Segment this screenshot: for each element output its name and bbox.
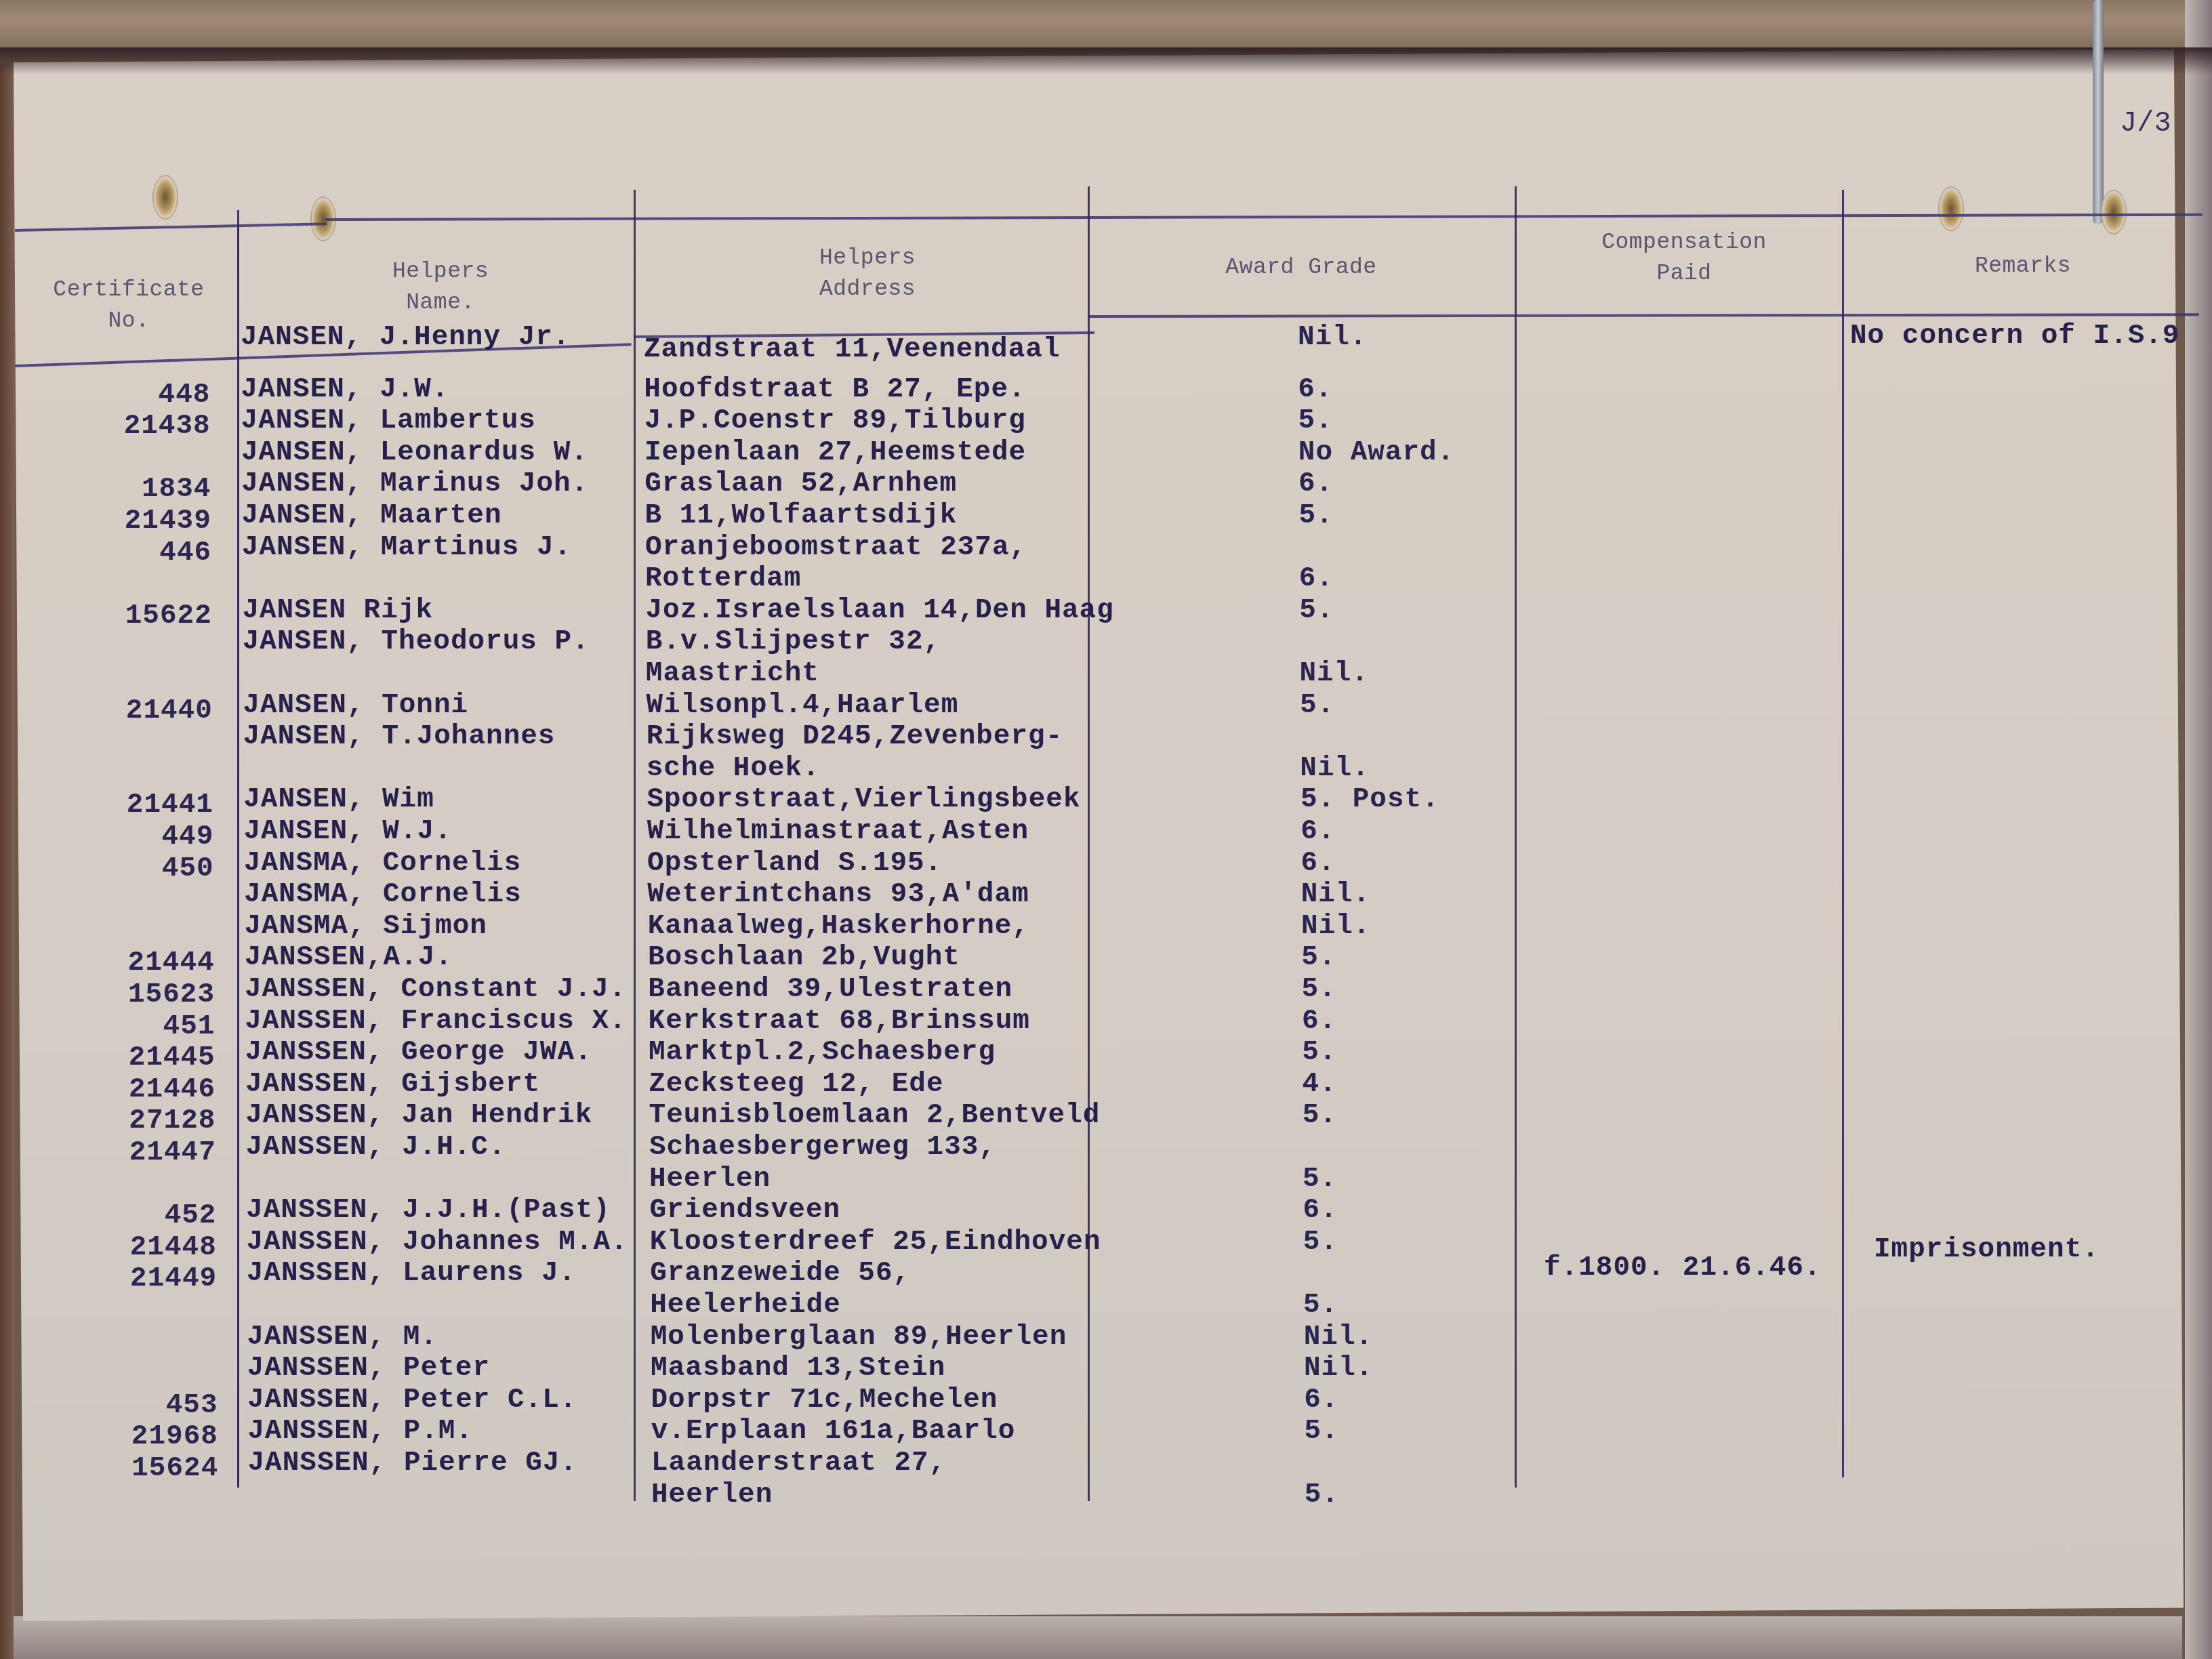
column-divider [634,190,636,1501]
helper-address: Griendsveen [650,1195,841,1226]
certificate-number: 21445 [100,1042,216,1073]
helper-address: Wilhelminastraat,Asten [647,816,1029,847]
certificate-number: 21438 [96,411,211,442]
helper-address: Rotterdam [645,563,801,594]
helper-address: Wilsonpl.4,Haarlem [646,690,958,721]
award-grade: Nil. [1298,322,1367,353]
certificate-number: 15624 [103,1453,218,1484]
binder-shadow [0,47,2212,75]
helper-name: JANSSEN, George JWA. [245,1037,592,1068]
column-divider [1842,190,1844,1477]
helper-name: JANSSEN, M. [247,1322,438,1353]
certificate-number: 27128 [100,1105,216,1136]
remarks: No concern of I.S.9 [1850,321,2179,352]
helper-address: Kloosterdreef 25,Eindhoven [650,1227,1101,1258]
helper-address: Laanderstraat 27, [651,1448,946,1479]
helper-address: v.Erplaan 161a,Baarlo [651,1416,1016,1447]
helper-address: B.v.Slijpestr 32, [646,626,941,657]
helper-name: JANSEN, Maarten [242,500,502,531]
award-grade: 5. [1298,500,1333,531]
award-grade: 6. [1300,816,1335,847]
award-grade: 5. [1305,1479,1339,1511]
helper-address: Heerlen [651,1479,773,1511]
helper-name: JANSEN, J.W. [241,374,449,405]
helper-address: Teunisbloemlaan 2,Bentveld [649,1100,1101,1131]
helper-address: Marktpl.2,Schaesberg [649,1037,996,1068]
award-grade: 5. [1303,1164,1337,1195]
helper-address: Maastricht [646,658,819,689]
award-grade: 6. [1300,848,1335,879]
award-grade: 5. [1298,405,1333,436]
certificate-number: 1834 [96,474,211,505]
helper-name: JANSSEN, Pierre GJ. [248,1448,577,1479]
helper-address: Molenberglaan 89,Heerlen [651,1322,1067,1353]
certificate-number: 21439 [96,506,211,537]
column-header-line: Helpers [258,256,623,287]
helper-address: J.P.Coenstr 89,Tilburg [644,405,1026,436]
helper-name: JANSSEN, Constant J.J. [245,974,626,1005]
helper-address: Weterintchans 93,A'dam [647,879,1029,910]
helper-address: Schaesbergerweg 133, [649,1132,996,1163]
award-grade: 6. [1298,468,1333,499]
compensation-paid: f.1800. 21.6.46. [1544,1252,1822,1284]
award-grade: 5. [1301,942,1336,973]
helper-name: JANSSEN, Jan Hendrik [245,1100,592,1131]
certificate-number: 21446 [100,1074,216,1105]
helper-name: JANSEN, Lambertus [241,405,536,436]
column-divider [1088,186,1090,1501]
helper-address: Heerlen [649,1164,771,1195]
column-header-name: HelpersName. [258,256,623,319]
binder-left-edge [0,64,15,1659]
award-grade: 6. [1298,374,1332,405]
certificate-number: 21440 [98,695,213,726]
helper-name: JANSEN, Marinus Joh. [241,468,588,499]
remarks: Imprisonment. [1874,1234,2100,1265]
certificate-number: 452 [101,1200,216,1231]
column-divider [237,227,239,1488]
certificate-number: 21441 [98,790,213,821]
punch-hole-icon [152,175,178,220]
helper-address: Granzeweide 56, [650,1258,910,1289]
helper-address: sche Hoek. [647,753,820,784]
award-grade: 5. [1300,690,1334,721]
helper-address: Heelerheide [650,1290,841,1321]
column-header-line: No. [27,306,230,337]
certificate-number: 448 [95,380,210,411]
award-grade: 6. [1304,1385,1338,1416]
award-grade: 6. [1302,1006,1336,1037]
helper-name: JANSSEN, Peter C.L. [247,1385,577,1416]
column-header-compensation: CompensationPaid [1525,227,1843,289]
helper-name: JANSSEN,A.J. [245,942,453,973]
award-grade: Nil. [1301,879,1370,910]
certificate-number: 21449 [102,1263,217,1294]
helper-name: JANSEN, W.J. [244,816,452,847]
helper-address: Kanaalweg,Haskerhorne, [648,911,1029,942]
helper-address: Hoofdstraat B 27, Epe. [644,374,1025,405]
column-header-certificate-no: CertificateNo. [27,274,230,337]
helper-name: JANSEN Rijk [242,595,433,626]
helper-address: Oranjeboomstraat 237a, [645,532,1027,563]
helper-address: Kerkstraat 68,Brinssum [649,1006,1030,1037]
helper-address: B 11,Wolfaartsdijk [645,500,958,531]
certificate-number: 446 [96,537,211,569]
award-grade: No Award. [1298,437,1454,468]
helper-name: JANSSEN, Franciscus X. [245,1006,626,1037]
award-grade: 5. [1302,1037,1336,1068]
column-header-award-grade: Award Grade [1098,252,1504,283]
helper-name: JANSEN, Wim [243,784,434,815]
helper-address: Zecksteeg 12, Ede [649,1069,943,1100]
helper-address: Dorpstr 71c,Mechelen [651,1385,998,1416]
helper-name: JANSEN, J.Henny Jr. [241,322,570,353]
helper-name: JANSEN, Leonardus W. [241,437,588,468]
award-grade: 6. [1299,563,1334,594]
helper-address: Graslaan 52,Arnhem [644,468,957,499]
certificate-number: 450 [99,853,214,884]
helper-name: JANSSEN, Laurens J. [247,1258,576,1289]
helper-name: JANSSEN, Gijsbert [245,1069,540,1100]
helper-name: JANSMA, Cornelis [244,848,522,879]
award-grade: Nil. [1300,658,1369,689]
column-header-line: Certificate [27,274,230,306]
helper-name: JANSSEN, Johannes M.A. [246,1227,628,1258]
helper-address: Zandstraat 11,Veenendaal [644,334,1061,365]
helper-name: JANSMA, Sijmon [244,911,487,942]
award-grade: 5. [1303,1227,1338,1258]
page-stack-edge [2185,0,2212,1659]
column-header-line: Name. [258,287,623,319]
certificate-number: 15622 [97,600,212,632]
award-grade: 5. [1303,1290,1338,1321]
punch-hole-icon [2101,190,2127,234]
certificate-number: 21968 [103,1421,218,1452]
column-header-remarks: Remarks [1850,251,2196,282]
helper-address: Boschlaan 2b,Vught [648,942,960,973]
helper-name: JANSEN, Theodorus P. [243,626,590,657]
column-header-line: Remarks [1850,251,2196,282]
award-grade: 5. [1303,1100,1337,1131]
award-grade: 5. [1299,595,1334,626]
award-grade: Nil. [1304,1322,1373,1353]
column-divider [1515,186,1517,1488]
helper-name: JANSSEN, P.M. [247,1416,473,1447]
column-header-line: Paid [1525,258,1843,289]
award-grade: Nil. [1304,1353,1373,1384]
helper-address: Spoorstraat,Vierlingsbeek [647,784,1080,815]
helper-address: Baneend 39,Ulestraten [648,974,1012,1005]
column-header-address: HelpersAddress [651,243,1084,305]
helper-name: JANSSEN, J.H.C. [246,1132,506,1163]
certificate-number: 449 [98,821,213,853]
award-grade: Nil. [1300,753,1369,784]
helper-name: JANSMA, Cornelis [244,879,522,910]
helper-name: JANSSEN, Peter [247,1353,490,1384]
helper-address: Joz.Israelslaan 14,Den Haag [646,595,1114,626]
helper-name: JANSEN, T.Johannes [243,721,556,752]
award-grade: 5. [1302,974,1336,1005]
certificate-number: 451 [100,1011,215,1042]
helper-address: Iepenlaan 27,Heemstede [644,437,1026,468]
helper-address: Rijksweg D245,Zevenberg- [647,721,1063,752]
column-header-line: Compensation [1525,227,1843,258]
award-grade: Nil. [1301,911,1370,942]
certificate-number: 453 [103,1390,218,1421]
column-header-line: Award Grade [1098,252,1504,283]
certificate-number: 21444 [100,947,215,979]
award-grade: 4. [1302,1069,1336,1100]
helper-name: JANSEN, Tonni [243,690,468,721]
page-reference: J/3 [2120,107,2171,140]
page-stack-bottom [14,1616,2182,1659]
helper-address: Opsterland S.195. [647,848,942,879]
award-grade: 5. Post. [1300,784,1439,815]
helper-name: JANSEN, Martinus J. [242,532,571,563]
helper-address: Maasband 13,Stein [651,1353,945,1384]
column-header-line: Helpers [651,243,1084,274]
certificate-number: 21448 [102,1232,217,1263]
punch-hole-icon [1938,186,1964,231]
certificate-number: 21447 [101,1137,216,1168]
column-header-line: Address [651,274,1084,305]
award-grade: 5. [1305,1416,1339,1447]
helper-name: JANSSEN, J.J.H.(Past) [246,1195,611,1226]
certificate-number: 15623 [100,979,215,1010]
binding-string-icon [2093,0,2104,224]
award-grade: 6. [1303,1195,1338,1226]
